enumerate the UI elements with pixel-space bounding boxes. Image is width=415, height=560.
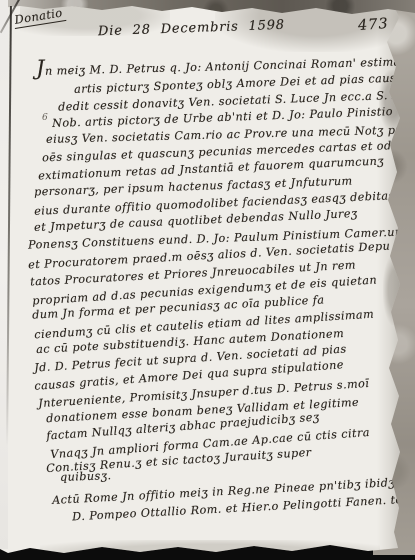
margin-label-donatio: Donatio xyxy=(12,5,66,29)
manuscript-line: quibusʒ. xyxy=(60,469,112,484)
folio-number: 473 xyxy=(357,16,389,34)
date-heading: Die 28 Decembris 1598 xyxy=(98,18,285,40)
paper-stain xyxy=(40,540,380,558)
manuscript-scan-page: Donatio Die 28 Decembris 1598 473 6 Jn m… xyxy=(0,0,415,560)
margin-mark: 6 xyxy=(42,113,48,123)
paper-page: Donatio Die 28 Decembris 1598 473 6 Jn m… xyxy=(0,0,415,560)
